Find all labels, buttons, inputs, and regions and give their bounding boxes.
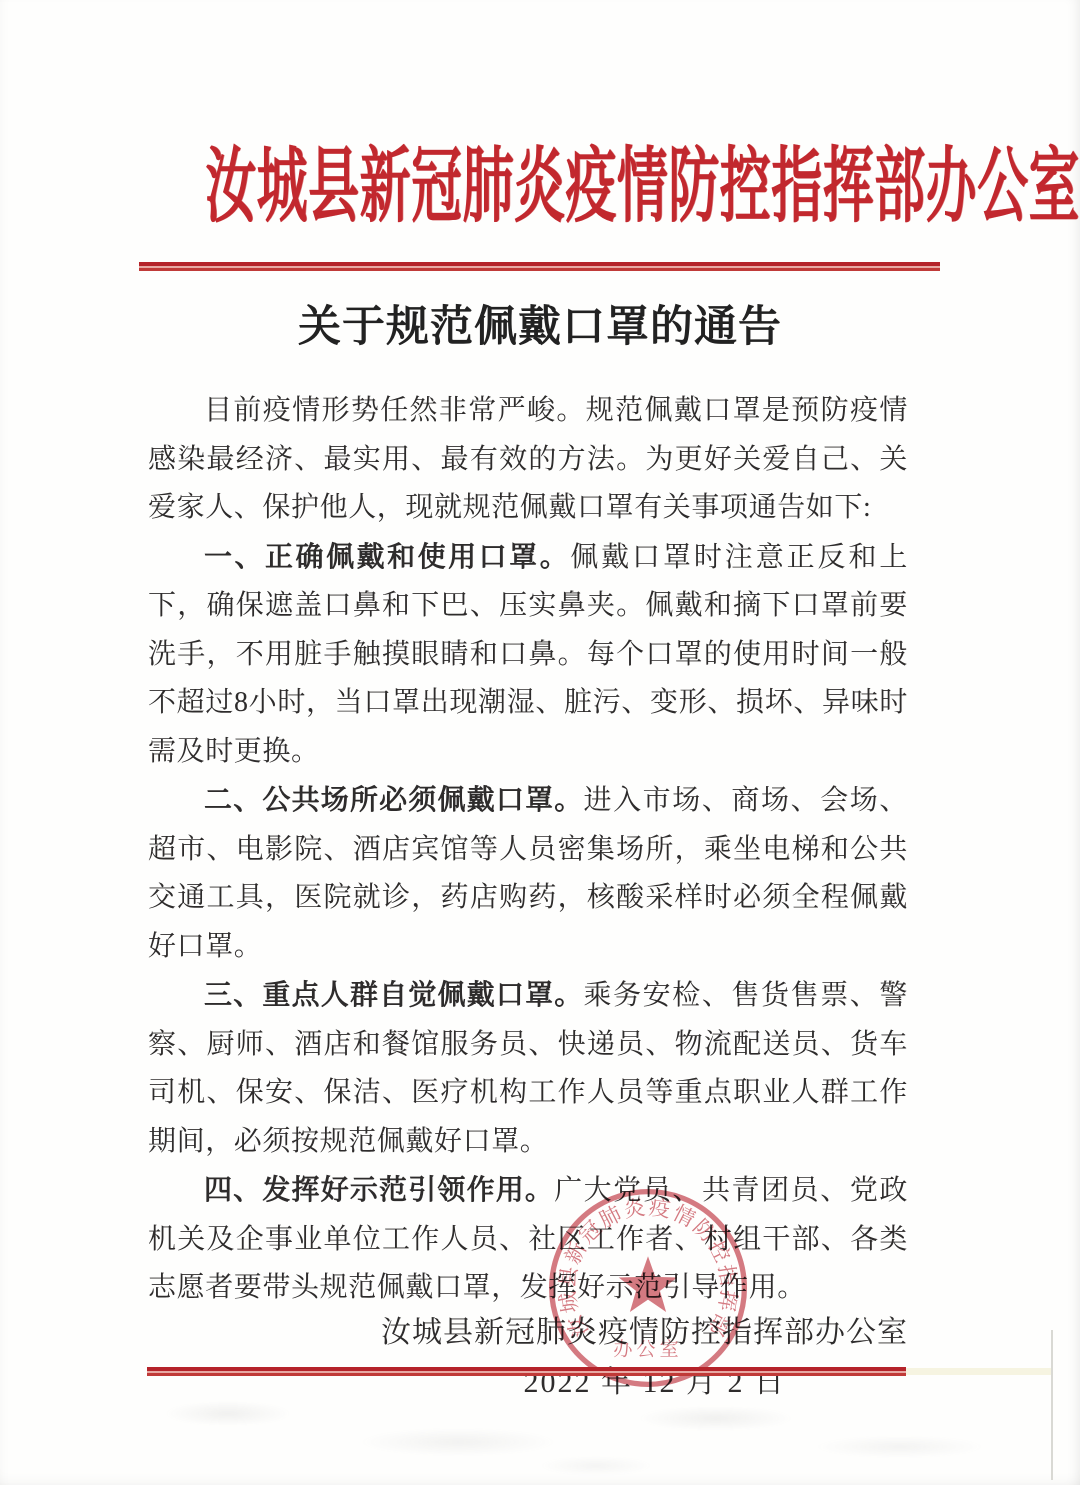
footer-rule [147,1367,906,1376]
scan-bleed-through [90,1385,1010,1480]
paragraph-lead: 四、发挥好示范引领作用。 [204,1174,554,1205]
header-divider-rule [139,262,940,271]
body-paragraph: 一、正确佩戴和使用口罩。佩戴口罩时注意正反和上下，确保遮盖口鼻和下巴、压实鼻夹。… [148,533,908,777]
document-page: 汝城县新冠肺炎疫情防控指挥部办公室 关于规范佩戴口罩的通告 目前疫情形势任然非常… [0,0,1080,1485]
body-paragraph: 四、发挥好示范引领作用。广大党员、共青团员、党政机关及企事业单位工作人员、社区工… [148,1166,908,1313]
paragraph-lead: 三、重点人群自觉佩戴口罩。 [204,979,583,1010]
paragraph-lead: 二、公共场所必须佩戴口罩。 [204,784,583,815]
body-paragraph: 三、重点人群自觉佩戴口罩。乘务安检、售货售票、警察、厨师、酒店和餐馆服务员、快递… [148,971,908,1166]
document-title: 关于规范佩戴口罩的通告 [0,300,1080,356]
paragraph-lead: 一、正确佩戴和使用口罩。 [204,541,570,572]
body-paragraph: 二、公共场所必须佩戴口罩。进入市场、商场、会场、超市、电影院、酒店宾馆等人员密集… [148,776,908,971]
body-paragraph: 目前疫情形势任然非常严峻。规范佩戴口罩是预防疫情感染最经济、最实用、最有效的方法… [148,387,908,533]
scanned-page-edge [1051,1330,1053,1480]
document-body: 目前疫情形势任然非常严峻。规范佩戴口罩是预防疫情感染最经济、最实用、最有效的方法… [148,387,908,1413]
footer-rule-faint-tail [906,1368,1053,1375]
paragraph-text: 佩戴口罩时注意正反和上下，确保遮盖口鼻和下巴、压实鼻夹。佩戴和摘下口罩前要洗手，… [148,542,908,767]
signature-line: 汝城县新冠肺炎疫情防控指挥部办公室 [148,1313,908,1353]
paragraph-text: 目前疫情形势任然非常严峻。规范佩戴口罩是预防疫情感染最经济、最实用、最有效的方法… [148,395,908,523]
header-agency-title: 汝城县新冠肺炎疫情防控指挥部办公室 [205,128,875,246]
